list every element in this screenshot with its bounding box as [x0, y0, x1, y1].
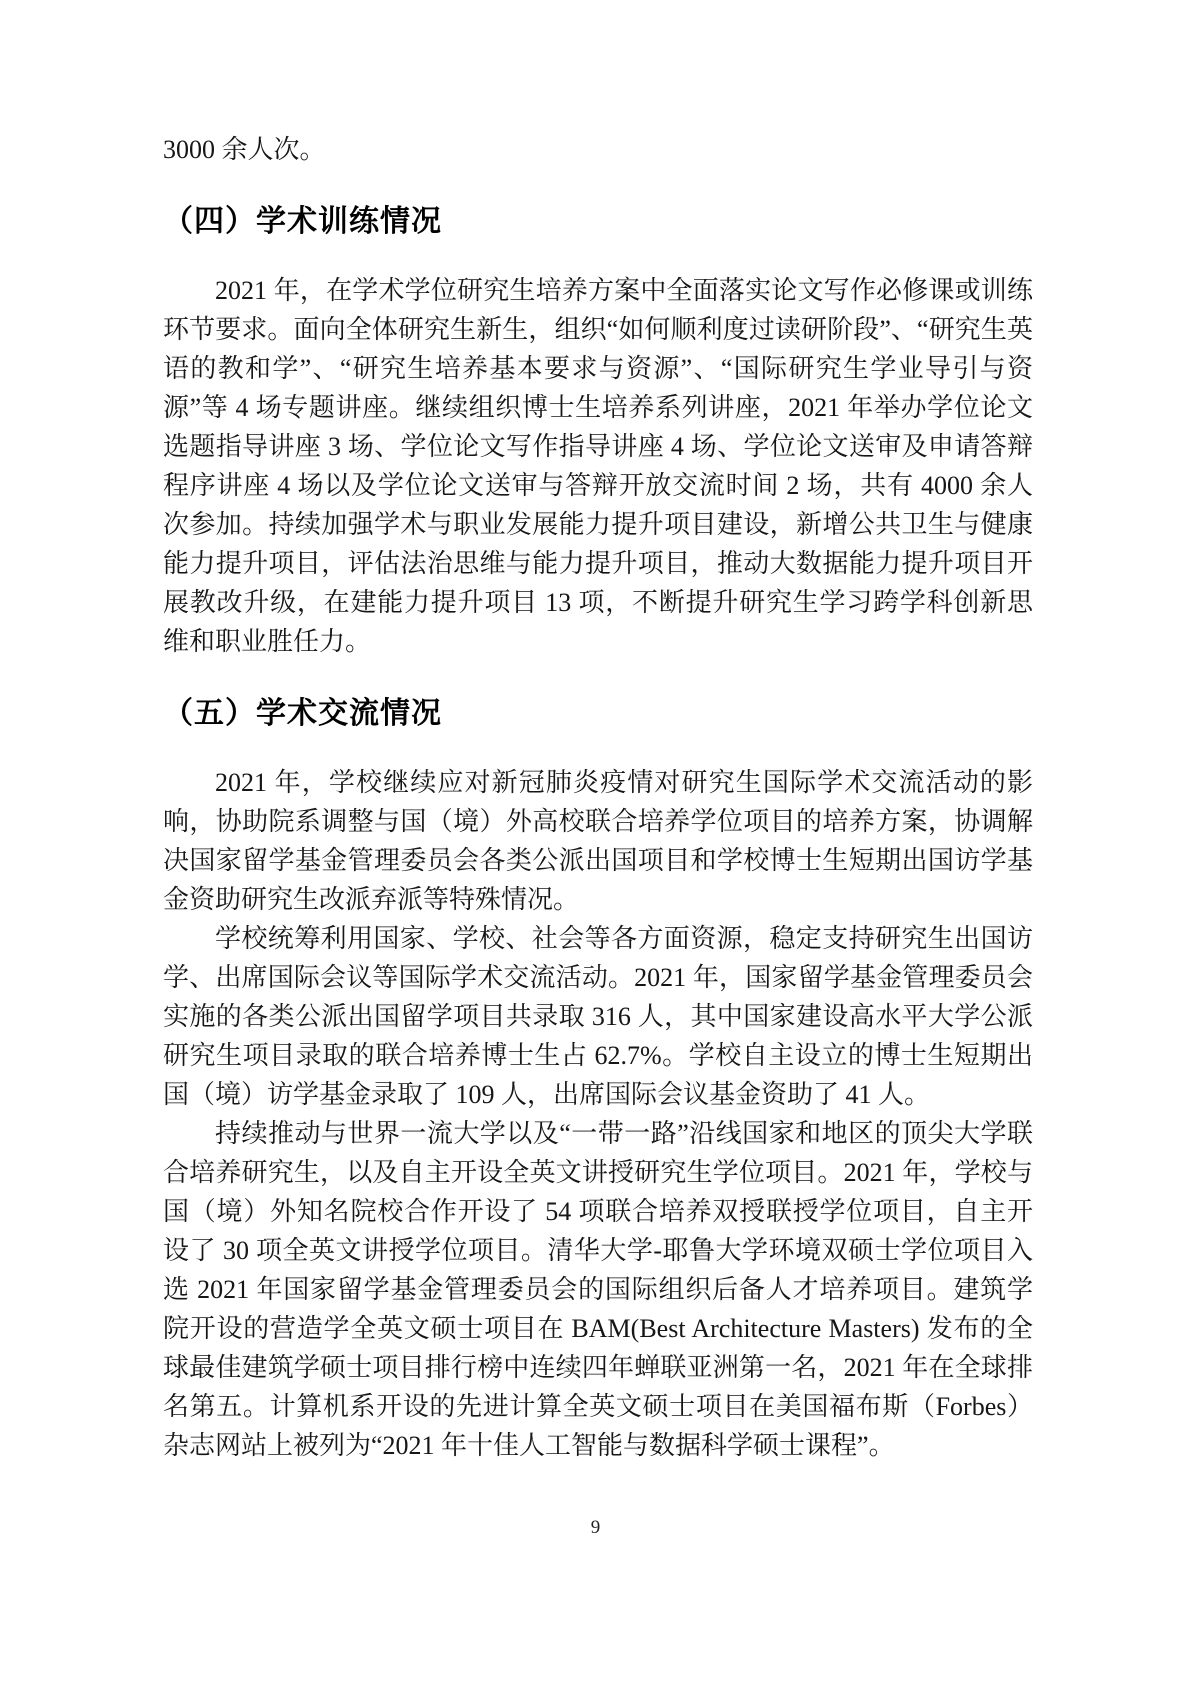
section-heading-academic-exchange: （五）学术交流情况	[163, 694, 1033, 734]
paragraph-continuation: 3000 余人次。	[163, 130, 1033, 169]
section-academic-training-paragraph: 2021 年，在学术学位研究生培养方案中全面落实论文写作必修课或训练环节要求。面…	[163, 271, 1033, 661]
section-academic-exchange-paragraph-3: 持续推动与世界一流大学以及“一带一路”沿线国家和地区的顶尖大学联合培养研究生，以…	[163, 1114, 1033, 1465]
section-heading-academic-training: （四）学术训练情况	[163, 202, 1033, 242]
document-page: 3000 余人次。 （四）学术训练情况 2021 年，在学术学位研究生培养方案中…	[0, 0, 1191, 1684]
page-content: 3000 余人次。 （四）学术训练情况 2021 年，在学术学位研究生培养方案中…	[163, 130, 1033, 1465]
page-number: 9	[0, 1516, 1191, 1540]
section-academic-exchange-paragraph-2: 学校统筹利用国家、学校、社会等各方面资源，稳定支持研究生出国访学、出席国际会议等…	[163, 919, 1033, 1114]
section-academic-exchange-paragraph-1: 2021 年，学校继续应对新冠肺炎疫情对研究生国际学术交流活动的影响，协助院系调…	[163, 763, 1033, 919]
